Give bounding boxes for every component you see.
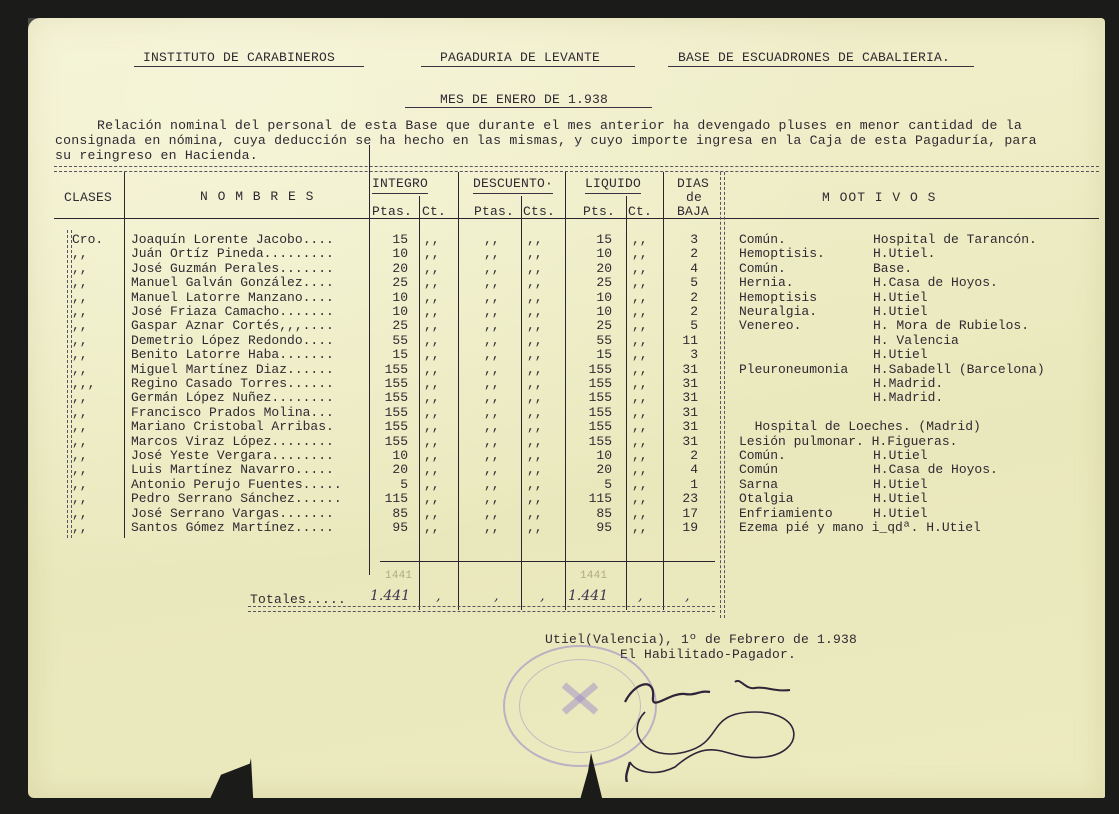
cell-dias: 5 (668, 318, 698, 333)
cell-integro-ptas: 15 (372, 347, 408, 362)
table-top-rule (54, 166, 1099, 172)
header-descuento: DESCUENTO· (473, 176, 553, 194)
cell-dias: 31 (668, 434, 698, 449)
cell-integro-ptas: 20 (372, 261, 408, 276)
cell-liq-ct: ,, (632, 333, 660, 348)
totals-integro-ct: ‚ (436, 588, 440, 604)
cell-clase: ,, (72, 506, 122, 521)
table-row: ,,José Serrano Vargas.......85,,,,,,85,,… (0, 506, 1119, 520)
cell-desc-ptas: ,, (484, 261, 514, 276)
cell-integro-ct: ,, (424, 246, 454, 261)
cell-liq-ct: ,, (632, 491, 660, 506)
cell-integro-ptas: 55 (372, 333, 408, 348)
cell-integro-ct: ,, (424, 333, 454, 348)
cell-clase: ,, (72, 290, 122, 305)
table-row: ,,Santos Gómez Martínez.....95,,,,,,95,,… (0, 520, 1119, 534)
table-row: ,,Antonio Perujo Fuentes.....5,,,,,,5,,1… (0, 477, 1119, 491)
cell-liq-ct: ,, (632, 462, 660, 477)
cell-desc-ptas: ,, (484, 275, 514, 290)
cell-desc-ptas: ,, (484, 333, 514, 348)
cell-integro-ptas: 10 (372, 304, 408, 319)
totals-integro-ptas: 1.441 (370, 588, 410, 604)
cell-integro-ct: ,, (424, 506, 454, 521)
cell-desc-ptas: ,, (484, 318, 514, 333)
cell-nombre: Gaspar Aznar Cortés,,,.... (131, 318, 366, 333)
cell-liq-pts: 155 (572, 405, 612, 420)
cell-desc-ptas: ,, (484, 419, 514, 434)
table-row: ,,Luis Martínez Navarro.....20,,,,,,20,,… (0, 462, 1119, 476)
header-clases: CLASES (64, 190, 112, 205)
cell-dias: 31 (668, 376, 698, 391)
cell-lugar: H.Utiel (873, 304, 1093, 319)
header-baja: BAJA (677, 204, 709, 219)
cell-liq-ct: ,, (632, 318, 660, 333)
underline (134, 66, 364, 67)
table-row: ,,Pedro Serrano Sánchez......115,,,,,,11… (0, 491, 1119, 505)
totals-faint-liquido: 1441 (580, 570, 607, 582)
cell-liq-pts: 155 (572, 390, 612, 405)
cell-integro-ct: ,, (424, 275, 454, 290)
signatory-role: El Habilitado-Pagador. (620, 647, 796, 662)
cell-desc-ptas: ,, (484, 362, 514, 377)
cell-lugar: H.Utiel (873, 347, 1093, 362)
cell-integro-ct: ,, (424, 390, 454, 405)
header-office: PAGADURIA DE LEVANTE (440, 50, 600, 65)
totals-liq-ct: ‚ (638, 588, 642, 604)
cell-lugar: H. Mora de Rubielos. (873, 318, 1093, 333)
cell-desc-cts: ,, (527, 477, 557, 492)
cell-lugar: H.Casa de Hoyos. (873, 275, 1093, 290)
cell-desc-cts: ,, (527, 290, 557, 305)
cell-integro-ct: ,, (424, 434, 454, 449)
cell-liq-ct: ,, (632, 477, 660, 492)
cell-integro-ptas: 155 (372, 390, 408, 405)
cell-lugar: H.Madrid. (873, 390, 1093, 405)
table-row: ,,Juán Ortíz Pineda.........10,,,,,,10,,… (0, 246, 1119, 260)
cell-integro-ptas: 10 (372, 246, 408, 261)
cell-desc-cts: ,, (527, 347, 557, 362)
cell-nombre: Pedro Serrano Sánchez...... (131, 491, 366, 506)
cell-desc-cts: ,, (527, 520, 557, 535)
cell-dias: 31 (668, 362, 698, 377)
table-row: ,,Manuel Latorre Manzano....10,,,,,,10,,… (0, 290, 1119, 304)
cell-nombre: Manuel Galván González.... (131, 275, 366, 290)
cell-desc-ptas: ,, (484, 448, 514, 463)
intro-line-3: su reingreso en Hacienda. (55, 148, 258, 163)
cell-clase: ,, (72, 261, 122, 276)
cell-desc-ptas: ,, (484, 246, 514, 261)
cell-integro-ct: ,, (424, 477, 454, 492)
cell-dias: 2 (668, 246, 698, 261)
cell-desc-cts: ,, (527, 434, 557, 449)
cell-liq-pts: 15 (572, 232, 612, 247)
cell-integro-ptas: 155 (372, 376, 408, 391)
table-row: ,,Marcos Viraz López........155,,,,,,155… (0, 434, 1119, 448)
table-row: ,,Germán López Nuñez........155,,,,,,155… (0, 390, 1119, 404)
cell-desc-ptas: ,, (484, 304, 514, 319)
cell-dias: 31 (668, 390, 698, 405)
underline (405, 107, 652, 108)
cell-dias: 2 (668, 290, 698, 305)
cell-integro-ptas: 155 (372, 419, 408, 434)
cell-liq-pts: 20 (572, 462, 612, 477)
cell-dias: 17 (668, 506, 698, 521)
cell-desc-cts: ,, (527, 448, 557, 463)
cell-integro-ptas: 155 (372, 405, 408, 420)
cell-lugar: H.Sabadell (Barcelona) (873, 362, 1093, 377)
cell-lugar: H.Utiel. (873, 246, 1093, 261)
cell-motivo: Lesión pulmonar. H.Figueras. (739, 434, 1079, 449)
cell-lugar: Base. (873, 261, 1093, 276)
cell-desc-cts: ,, (527, 333, 557, 348)
table-row: ,,Demetrio López Redondo....55,,,,,,55,,… (0, 333, 1119, 347)
cell-liq-pts: 10 (572, 246, 612, 261)
cell-nombre: Demetrio López Redondo.... (131, 333, 366, 348)
cell-clase: ,, (72, 434, 122, 449)
cell-dias: 2 (668, 304, 698, 319)
cell-dias: 23 (668, 491, 698, 506)
cell-clase: ,, (72, 362, 122, 377)
header-descuento-cts: Cts. (523, 204, 555, 219)
cell-lugar: H.Utiel (873, 448, 1093, 463)
cell-dias: 31 (668, 405, 698, 420)
underline (668, 66, 974, 67)
cell-nombre: Marcos Viraz López........ (131, 434, 366, 449)
cell-desc-cts: ,, (527, 304, 557, 319)
cell-clase: ,, (72, 333, 122, 348)
cell-liq-ct: ,, (632, 347, 660, 362)
cell-motivo: Hospital de Loeches. (Madrid) (739, 419, 1079, 434)
header-integro: INTEGRO (372, 176, 428, 194)
cell-desc-cts: ,, (527, 491, 557, 506)
intro-line-1: Relación nominal del personal de esta Ba… (97, 118, 1022, 133)
cell-desc-cts: ,, (527, 462, 557, 477)
cell-clase: ,, (72, 462, 122, 477)
cell-integro-ct: ,, (424, 462, 454, 477)
cell-integro-ptas: 115 (372, 491, 408, 506)
cell-dias: 3 (668, 347, 698, 362)
cell-clase: ,, (72, 448, 122, 463)
cell-clase: ,, (72, 275, 122, 290)
cell-nombre: Santos Gómez Martínez..... (131, 520, 366, 535)
underline (421, 66, 635, 67)
table-row: ,,Mariano Cristobal Arribas.155,,,,,,155… (0, 419, 1119, 433)
cell-liq-pts: 25 (572, 318, 612, 333)
cell-lugar: H.Utiel (873, 491, 1093, 506)
cell-nombre: José Yeste Vergara........ (131, 448, 366, 463)
table-row: ,,José Guzmán Perales.......20,,,,,,20,,… (0, 261, 1119, 275)
cell-dias: 4 (668, 462, 698, 477)
table-row: ,,Gaspar Aznar Cortés,,,....25,,,,,,25,,… (0, 318, 1119, 332)
cell-integro-ct: ,, (424, 318, 454, 333)
header-motivos: M OOT I V O S (822, 190, 936, 205)
header-institute: INSTITUTO DE CARABINEROS (143, 50, 335, 65)
cell-nombre: José Guzmán Perales....... (131, 261, 366, 276)
cell-liq-ct: ,, (632, 246, 660, 261)
cell-integro-ptas: 10 (372, 290, 408, 305)
cell-desc-ptas: ,, (484, 462, 514, 477)
cell-clase: ,, (72, 390, 122, 405)
cell-nombre: Juán Ortíz Pineda......... (131, 246, 366, 261)
cell-desc-ptas: ,, (484, 290, 514, 305)
cell-liq-ct: ,, (632, 232, 660, 247)
totals-faint-integro: 1441 (385, 570, 412, 582)
cell-integro-ct: ,, (424, 290, 454, 305)
cell-integro-ct: ,, (424, 232, 454, 247)
totals-dias: ‚ (685, 588, 689, 604)
cell-clase: Cro. (72, 232, 122, 247)
cell-dias: 5 (668, 275, 698, 290)
header-base: BASE DE ESCUADRONES DE CABALIERIA. (678, 50, 950, 65)
header-descuento-ptas: Ptas. (474, 204, 514, 219)
cell-lugar: H. Valencia (873, 333, 1093, 348)
cell-integro-ct: ,, (424, 520, 454, 535)
cell-desc-cts: ,, (527, 362, 557, 377)
header-liquido-ct: Ct. (628, 204, 652, 219)
cell-desc-cts: ,, (527, 275, 557, 290)
cell-desc-cts: ,, (527, 232, 557, 247)
cell-clase: ,, (72, 491, 122, 506)
cell-nombre: Joaquín Lorente Jacobo.... (131, 232, 366, 247)
cell-liq-pts: 5 (572, 477, 612, 492)
cell-liq-pts: 20 (572, 261, 612, 276)
cell-desc-cts: ,, (527, 419, 557, 434)
cell-desc-ptas: ,, (484, 491, 514, 506)
cell-nombre: Mariano Cristobal Arribas. (131, 419, 366, 434)
cell-clase: ,, (72, 318, 122, 333)
header-bottom-rule (54, 218, 1099, 219)
cell-liq-ct: ,, (632, 506, 660, 521)
cell-clase: ,, (72, 477, 122, 492)
cell-liq-pts: 10 (572, 290, 612, 305)
cell-desc-ptas: ,, (484, 477, 514, 492)
cell-nombre: Luis Martínez Navarro..... (131, 462, 366, 477)
cell-desc-ptas: ,, (484, 232, 514, 247)
cell-liq-pts: 155 (572, 376, 612, 391)
cell-integro-ct: ,, (424, 362, 454, 377)
cell-liq-ct: ,, (632, 290, 660, 305)
cell-integro-ptas: 95 (372, 520, 408, 535)
cell-clase: ,, (72, 347, 122, 362)
cell-liq-ct: ,, (632, 405, 660, 420)
cell-dias: 4 (668, 261, 698, 276)
cell-desc-cts: ,, (527, 246, 557, 261)
header-de: de (686, 190, 702, 205)
cell-integro-ct: ,, (424, 376, 454, 391)
cell-liq-pts: 15 (572, 347, 612, 362)
cell-desc-cts: ,, (527, 390, 557, 405)
cell-liq-pts: 155 (572, 434, 612, 449)
cell-liq-pts: 10 (572, 448, 612, 463)
cell-clase: ,,, (72, 376, 122, 391)
cell-integro-ct: ,, (424, 347, 454, 362)
cell-lugar: H.Madrid. (873, 376, 1093, 391)
cell-integro-ct: ,, (424, 491, 454, 506)
cell-liq-ct: ,, (632, 419, 660, 434)
cell-integro-ptas: 25 (372, 318, 408, 333)
cell-liq-ct: ,, (632, 448, 660, 463)
cell-dias: 3 (668, 232, 698, 247)
cell-integro-ptas: 85 (372, 506, 408, 521)
cell-nombre: Germán López Nuñez........ (131, 390, 366, 405)
totals-rule (380, 561, 715, 562)
cell-dias: 11 (668, 333, 698, 348)
cell-integro-ptas: 20 (372, 462, 408, 477)
cell-liq-ct: ,, (632, 390, 660, 405)
cell-nombre: José Friaza Camacho....... (131, 304, 366, 319)
cell-integro-ptas: 10 (372, 448, 408, 463)
cell-integro-ct: ,, (424, 304, 454, 319)
cell-desc-cts: ,, (527, 376, 557, 391)
cell-liq-ct: ,, (632, 376, 660, 391)
cell-desc-ptas: ,, (484, 405, 514, 420)
totals-label: Totales..... (250, 592, 346, 607)
cell-integro-ptas: 155 (372, 362, 408, 377)
cell-integro-ptas: 155 (372, 434, 408, 449)
cell-clase: ,, (72, 246, 122, 261)
cell-lugar: Hospital de Tarancón. (873, 232, 1093, 247)
cell-desc-ptas: ,, (484, 520, 514, 535)
cell-desc-cts: ,, (527, 405, 557, 420)
cell-liq-pts: 155 (572, 419, 612, 434)
cell-liq-pts: 10 (572, 304, 612, 319)
cell-integro-ptas: 15 (372, 232, 408, 247)
cell-liq-pts: 155 (572, 362, 612, 377)
cell-liq-ct: ,, (632, 304, 660, 319)
cell-lugar: H.Utiel (873, 506, 1093, 521)
cell-integro-ct: ,, (424, 405, 454, 420)
header-dias: DIAS (677, 176, 709, 191)
header-liquido: LIQUIDO (585, 176, 641, 194)
cell-nombre: Antonio Perujo Fuentes..... (131, 477, 366, 492)
table-row: ,,Miguel Martínez Diaz......155,,,,,,155… (0, 362, 1119, 376)
cell-nombre: Miguel Martínez Diaz...... (131, 362, 366, 377)
header-integro-ct: Ct. (422, 204, 446, 219)
cell-nombre: Benito Latorre Haba....... (131, 347, 366, 362)
cell-dias: 2 (668, 448, 698, 463)
cell-clase: ,, (72, 520, 122, 535)
cell-dias: 31 (668, 419, 698, 434)
table-row: ,,José Friaza Camacho.......10,,,,,,10,,… (0, 304, 1119, 318)
cell-liq-ct: ,, (632, 434, 660, 449)
table-row: ,,José Yeste Vergara........10,,,,,,10,,… (0, 448, 1119, 462)
cell-desc-ptas: ,, (484, 434, 514, 449)
cell-liq-ct: ,, (632, 261, 660, 276)
cell-nombre: Francisco Prados Molina... (131, 405, 366, 420)
cell-clase: ,, (72, 419, 122, 434)
cell-nombre: Manuel Latorre Manzano.... (131, 290, 366, 305)
cell-desc-cts: ,, (527, 261, 557, 276)
totals-desc-cts: ‚ (540, 588, 544, 604)
month-title: MES DE ENERO DE 1.938 (440, 92, 608, 107)
totals-desc-ptas: ‚ (494, 588, 498, 604)
cell-desc-ptas: ,, (484, 347, 514, 362)
cell-liq-pts: 95 (572, 520, 612, 535)
table-row: ,,Manuel Galván González....25,,,,,,25,,… (0, 275, 1119, 289)
header-liquido-pts: Pts. (583, 204, 615, 219)
cell-lugar: H.Utiel (873, 477, 1093, 492)
table-row: Cro.Joaquín Lorente Jacobo....15,,,,,,15… (0, 232, 1119, 246)
cell-desc-ptas: ,, (484, 376, 514, 391)
cell-desc-ptas: ,, (484, 390, 514, 405)
cell-dias: 19 (668, 520, 698, 535)
cell-clase: ,, (72, 304, 122, 319)
cell-desc-cts: ,, (527, 318, 557, 333)
header-integro-ptas: Ptas. (372, 204, 412, 219)
cell-liq-pts: 85 (572, 506, 612, 521)
table-row: ,,Benito Latorre Haba.......15,,,,,,15,,… (0, 347, 1119, 361)
cell-lugar: H.Utiel (873, 290, 1093, 305)
cell-liq-ct: ,, (632, 520, 660, 535)
table-row: ,,,Regino Casado Torres......155,,,,,,15… (0, 376, 1119, 390)
table-row: ,,Francisco Prados Molina...155,,,,,,155… (0, 405, 1119, 419)
header-nombres: N O M B R E S (200, 189, 314, 204)
totals-liq-pts: 1.441 (568, 588, 608, 604)
cell-dias: 1 (668, 477, 698, 492)
cell-liq-ct: ,, (632, 362, 660, 377)
cell-lugar: H.Casa de Hoyos. (873, 462, 1093, 477)
cell-desc-cts: ,, (527, 506, 557, 521)
cell-nombre: Regino Casado Torres...... (131, 376, 366, 391)
cell-liq-pts: 55 (572, 333, 612, 348)
cell-desc-ptas: ,, (484, 506, 514, 521)
cell-liq-pts: 25 (572, 275, 612, 290)
cell-nombre: José Serrano Vargas....... (131, 506, 366, 521)
cell-integro-ct: ,, (424, 261, 454, 276)
cell-clase: ,, (72, 405, 122, 420)
cell-integro-ct: ,, (424, 448, 454, 463)
cell-motivo: Ezema pié y mano i_qdª. H.Utiel (739, 520, 1079, 535)
cell-integro-ptas: 25 (372, 275, 408, 290)
cell-liq-pts: 115 (572, 491, 612, 506)
cell-liq-ct: ,, (632, 275, 660, 290)
cell-integro-ct: ,, (424, 419, 454, 434)
intro-line-2: consignada en nómina, cuya deducción se … (55, 133, 1037, 148)
cell-integro-ptas: 5 (372, 477, 408, 492)
